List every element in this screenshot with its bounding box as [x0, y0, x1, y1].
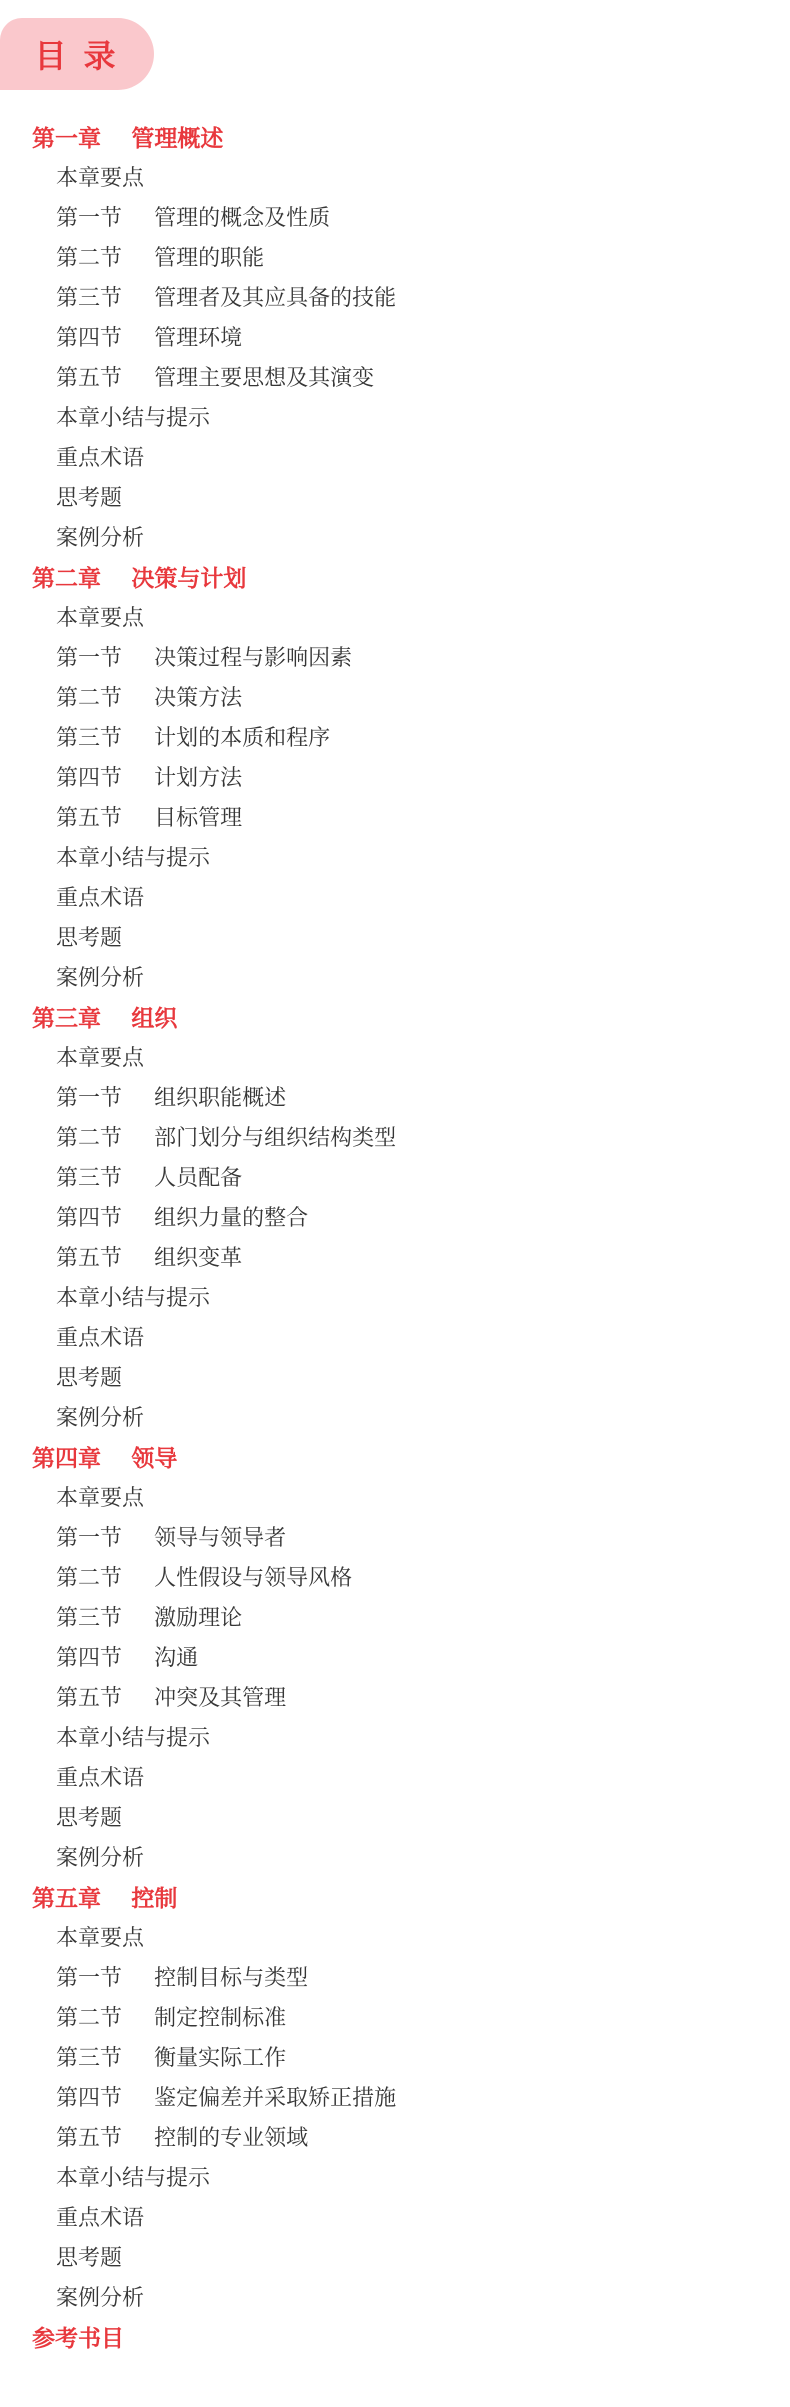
subitem-text: 案例分析 [56, 1405, 144, 1430]
subitem-text: 重点术语 [56, 885, 144, 910]
chapter-subitem: 重点术语 [0, 1758, 790, 1798]
section-label: 第三节 [56, 1165, 122, 1190]
section-title: 管理的概念及性质 [154, 205, 330, 230]
chapter-title: 领导 [131, 1445, 177, 1471]
section-label: 第四节 [56, 325, 122, 350]
chapter-heading: 第五章 控制 [0, 1878, 790, 1918]
section-label: 第四节 [56, 1645, 122, 1670]
subitem-text: 思考题 [56, 485, 122, 510]
section-entry: 第五节 冲突及其管理 [0, 1678, 790, 1718]
section-entry: 第二节 制定控制标准 [0, 1998, 790, 2038]
subitem-text: 案例分析 [56, 525, 144, 550]
chapter-subitem: 案例分析 [0, 2278, 790, 2318]
subitem-text: 本章小结与提示 [56, 1285, 210, 1310]
chapter-subitem: 案例分析 [0, 958, 790, 998]
subitem-text: 重点术语 [56, 1325, 144, 1350]
section-entry: 第三节 激励理论 [0, 1598, 790, 1638]
chapter-subitem: 本章要点 [0, 1918, 790, 1958]
chapter-heading: 第四章 领导 [0, 1438, 790, 1478]
subitem-text: 本章要点 [56, 1925, 144, 1950]
chapter-title: 控制 [131, 1885, 177, 1911]
section-label: 第二节 [56, 685, 122, 710]
section-entry: 第五节 管理主要思想及其演变 [0, 358, 790, 398]
chapter-subitem: 案例分析 [0, 518, 790, 558]
chapter-subitem: 思考题 [0, 1798, 790, 1838]
bibliography-label: 参考书目 [32, 2325, 124, 2351]
section-title: 制定控制标准 [154, 2005, 286, 2030]
subitem-text: 思考题 [56, 1805, 122, 1830]
chapter-subitem: 本章要点 [0, 1038, 790, 1078]
chapter-subitem: 本章小结与提示 [0, 1718, 790, 1758]
chapter-subitem: 思考题 [0, 478, 790, 518]
chapter-label: 第五章 [32, 1885, 101, 1911]
chapter-title: 管理概述 [131, 125, 223, 151]
chapter-subitem: 本章要点 [0, 1478, 790, 1518]
bibliography-heading: 参考书目 [0, 2318, 790, 2358]
subitem-text: 本章要点 [56, 605, 144, 630]
section-entry: 第四节 沟通 [0, 1638, 790, 1678]
section-title: 鉴定偏差并采取矫正措施 [154, 2085, 396, 2110]
section-title: 管理主要思想及其演变 [154, 365, 374, 390]
chapter-subitem: 思考题 [0, 1358, 790, 1398]
section-label: 第一节 [56, 1965, 122, 1990]
section-entry: 第五节 控制的专业领域 [0, 2118, 790, 2158]
subitem-text: 重点术语 [56, 445, 144, 470]
section-entry: 第四节 计划方法 [0, 758, 790, 798]
section-title: 组织职能概述 [154, 1085, 286, 1110]
chapter-subitem: 重点术语 [0, 878, 790, 918]
subitem-text: 本章要点 [56, 1485, 144, 1510]
chapter-label: 第一章 [32, 125, 101, 151]
toc-page: 目 录 第一章 管理概述 本章要点 第一节 管理的概念及性质 第二节 管理的职能… [0, 0, 790, 2407]
section-title: 决策过程与影响因素 [154, 645, 352, 670]
subitem-text: 本章要点 [56, 1045, 144, 1070]
section-label: 第一节 [56, 1085, 122, 1110]
section-title: 控制目标与类型 [154, 1965, 308, 1990]
section-title: 激励理论 [154, 1605, 242, 1630]
section-title: 管理者及其应具备的技能 [154, 285, 396, 310]
chapter-label: 第四章 [32, 1445, 101, 1471]
section-title: 部门划分与组织结构类型 [154, 1125, 396, 1150]
section-label: 第一节 [56, 1525, 122, 1550]
section-label: 第一节 [56, 645, 122, 670]
subitem-text: 案例分析 [56, 965, 144, 990]
section-title: 计划方法 [154, 765, 242, 790]
section-entry: 第一节 组织职能概述 [0, 1078, 790, 1118]
chapter-subitem: 重点术语 [0, 2198, 790, 2238]
section-title: 控制的专业领域 [154, 2125, 308, 2150]
section-entry: 第三节 人员配备 [0, 1158, 790, 1198]
chapter-label: 第三章 [32, 1005, 101, 1031]
subitem-text: 本章小结与提示 [56, 1725, 210, 1750]
chapter-subitem: 本章小结与提示 [0, 1278, 790, 1318]
section-label: 第五节 [56, 1685, 122, 1710]
chapter-title: 决策与计划 [131, 565, 246, 591]
section-label: 第二节 [56, 1565, 122, 1590]
chapter-subitem: 重点术语 [0, 438, 790, 478]
section-label: 第二节 [56, 245, 122, 270]
section-title: 冲突及其管理 [154, 1685, 286, 1710]
section-entry: 第二节 决策方法 [0, 678, 790, 718]
section-title: 人员配备 [154, 1165, 242, 1190]
section-title: 管理的职能 [154, 245, 264, 270]
section-entry: 第二节 人性假设与领导风格 [0, 1558, 790, 1598]
subitem-text: 本章小结与提示 [56, 2165, 210, 2190]
section-label: 第四节 [56, 765, 122, 790]
chapter-subitem: 案例分析 [0, 1398, 790, 1438]
section-entry: 第四节 鉴定偏差并采取矫正措施 [0, 2078, 790, 2118]
section-entry: 第三节 计划的本质和程序 [0, 718, 790, 758]
toc-title-badge: 目 录 [0, 18, 154, 90]
section-label: 第五节 [56, 365, 122, 390]
section-title: 沟通 [154, 1645, 198, 1670]
chapter-heading: 第二章 决策与计划 [0, 558, 790, 598]
section-title: 组织变革 [154, 1245, 242, 1270]
section-entry: 第一节 控制目标与类型 [0, 1958, 790, 1998]
section-label: 第二节 [56, 1125, 122, 1150]
toc-title-text: 目 录 [35, 31, 120, 77]
section-entry: 第一节 决策过程与影响因素 [0, 638, 790, 678]
section-label: 第五节 [56, 2125, 122, 2150]
chapter-subitem: 重点术语 [0, 1318, 790, 1358]
section-title: 领导与领导者 [154, 1525, 286, 1550]
section-entry: 第三节 衡量实际工作 [0, 2038, 790, 2078]
section-title: 衡量实际工作 [154, 2045, 286, 2070]
subitem-text: 思考题 [56, 2245, 122, 2270]
section-entry: 第二节 部门划分与组织结构类型 [0, 1118, 790, 1158]
chapter-title: 组织 [131, 1005, 177, 1031]
section-label: 第四节 [56, 2085, 122, 2110]
section-title: 管理环境 [154, 325, 242, 350]
chapter-label: 第二章 [32, 565, 101, 591]
section-entry: 第三节 管理者及其应具备的技能 [0, 278, 790, 318]
section-title: 人性假设与领导风格 [154, 1565, 352, 1590]
chapter-subitem: 本章小结与提示 [0, 2158, 790, 2198]
section-label: 第五节 [56, 805, 122, 830]
section-title: 计划的本质和程序 [154, 725, 330, 750]
section-label: 第三节 [56, 725, 122, 750]
section-entry: 第一节 管理的概念及性质 [0, 198, 790, 238]
subitem-text: 案例分析 [56, 2285, 144, 2310]
section-title: 决策方法 [154, 685, 242, 710]
section-label: 第三节 [56, 285, 122, 310]
subitem-text: 本章要点 [56, 165, 144, 190]
section-label: 第二节 [56, 2005, 122, 2030]
section-label: 第三节 [56, 2045, 122, 2070]
chapter-heading: 第三章 组织 [0, 998, 790, 1038]
subitem-text: 案例分析 [56, 1845, 144, 1870]
subitem-text: 重点术语 [56, 2205, 144, 2230]
section-label: 第四节 [56, 1205, 122, 1230]
chapter-heading: 第一章 管理概述 [0, 118, 790, 158]
subitem-text: 思考题 [56, 1365, 122, 1390]
chapter-subitem: 思考题 [0, 918, 790, 958]
chapter-subitem: 本章小结与提示 [0, 838, 790, 878]
section-entry: 第五节 组织变革 [0, 1238, 790, 1278]
section-title: 组织力量的整合 [154, 1205, 308, 1230]
section-label: 第五节 [56, 1245, 122, 1270]
subitem-text: 本章小结与提示 [56, 845, 210, 870]
chapter-subitem: 思考题 [0, 2238, 790, 2278]
subitem-text: 思考题 [56, 925, 122, 950]
subitem-text: 本章小结与提示 [56, 405, 210, 430]
chapter-subitem: 案例分析 [0, 1838, 790, 1878]
chapter-subitem: 本章要点 [0, 158, 790, 198]
chapter-subitem: 本章小结与提示 [0, 398, 790, 438]
chapter-subitem: 本章要点 [0, 598, 790, 638]
section-entry: 第四节 管理环境 [0, 318, 790, 358]
section-entry: 第五节 目标管理 [0, 798, 790, 838]
subitem-text: 重点术语 [56, 1765, 144, 1790]
section-entry: 第一节 领导与领导者 [0, 1518, 790, 1558]
section-label: 第三节 [56, 1605, 122, 1630]
toc-list: 第一章 管理概述 本章要点 第一节 管理的概念及性质 第二节 管理的职能 第三节… [0, 118, 790, 2358]
section-title: 目标管理 [154, 805, 242, 830]
section-entry: 第四节 组织力量的整合 [0, 1198, 790, 1238]
section-label: 第一节 [56, 205, 122, 230]
section-entry: 第二节 管理的职能 [0, 238, 790, 278]
